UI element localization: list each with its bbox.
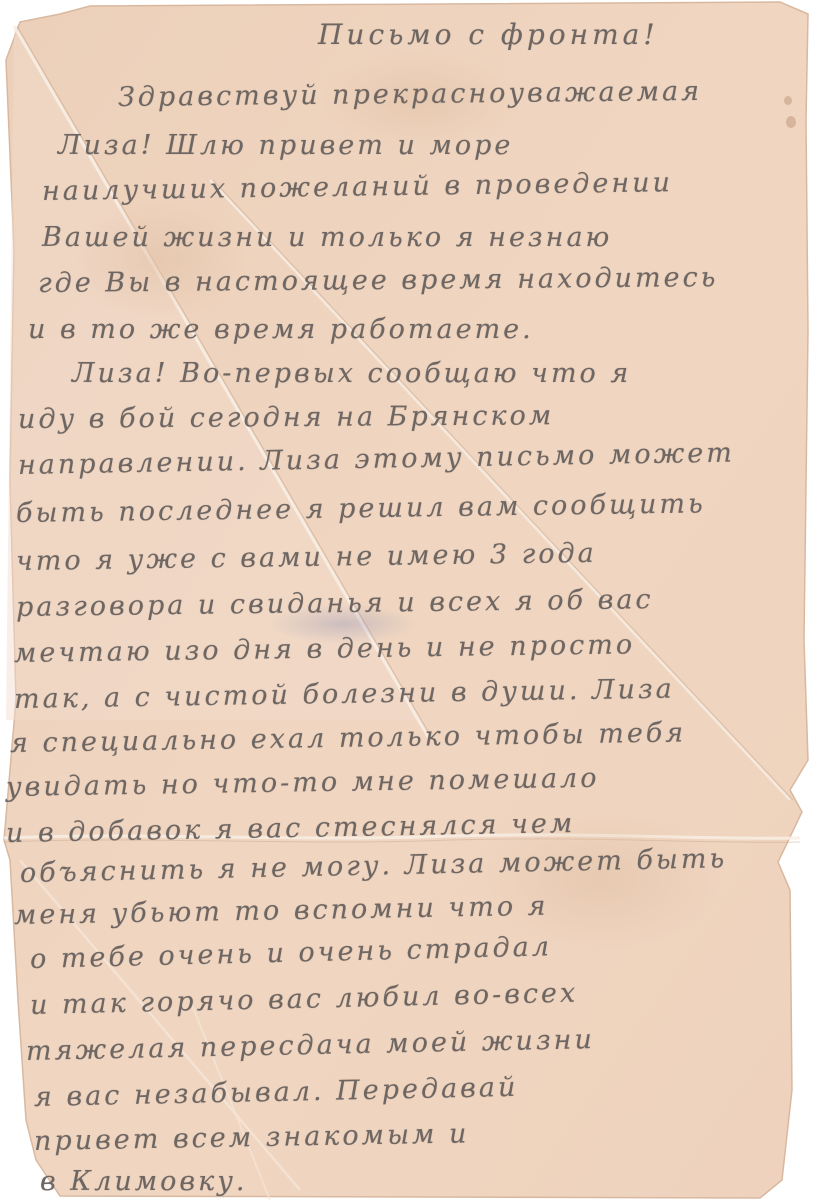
letter-line: разговора и свиданья и всех я об вас bbox=[16, 584, 654, 623]
letter-line: так, а с чистой болезни в души. Лиза bbox=[14, 674, 675, 715]
letter-line: иду в бой сегодня на Брянском bbox=[18, 400, 554, 435]
letter-line: и в добавок я вас стеснялся чем bbox=[6, 808, 576, 849]
letter-line: объяснить я не могу. Лиза может быть bbox=[20, 843, 728, 889]
letter-line: в Климовку. bbox=[40, 1166, 248, 1197]
letter-line: привет всем знакомым и bbox=[34, 1118, 470, 1157]
letter-line: быть последнее я решил вам сообщить bbox=[16, 488, 706, 529]
handwritten-letter: Письмо с фронта! Здравствуй прекрасноува… bbox=[0, 0, 824, 1202]
letter-line: Вашей жизни и только я незнаю bbox=[42, 222, 612, 253]
letter-line: мечтаю изо дня в день и не просто bbox=[14, 629, 636, 669]
letter-line: о тебе очень и очень страдал bbox=[30, 931, 553, 975]
letter-line: и так горячо вас любил во-всех bbox=[30, 978, 579, 1021]
letter-line: где Вы в настоящее время находитесь bbox=[38, 262, 719, 299]
letter-line: Здравствуй прекрасноуважаемая bbox=[118, 76, 702, 113]
letter-line: наилучших пожеланий в проведении bbox=[42, 167, 673, 207]
letter-line: я вас незабывал. Передавай bbox=[34, 1072, 519, 1113]
letter-line: и в то же время работаете. bbox=[28, 314, 534, 345]
letter-title: Письмо с фронта! bbox=[318, 18, 659, 51]
letter-line: направлении. Лиза этому письмо может bbox=[18, 437, 735, 481]
letter-line: тяжелая пересдача моей жизни bbox=[26, 1024, 595, 1067]
letter-line: что я уже с вами не имею 3 года bbox=[16, 538, 597, 577]
letter-line: Лиза! Во-первых сообщаю что я bbox=[72, 358, 631, 389]
letter-line: меня убьют то вспомни что я bbox=[14, 891, 549, 931]
letter-line: увидать но что-то мне помешало bbox=[6, 763, 600, 803]
letter-line: Лиза! Шлю привет и море bbox=[58, 130, 513, 161]
letter-line: я специально ехал только чтобы тебя bbox=[10, 717, 687, 759]
